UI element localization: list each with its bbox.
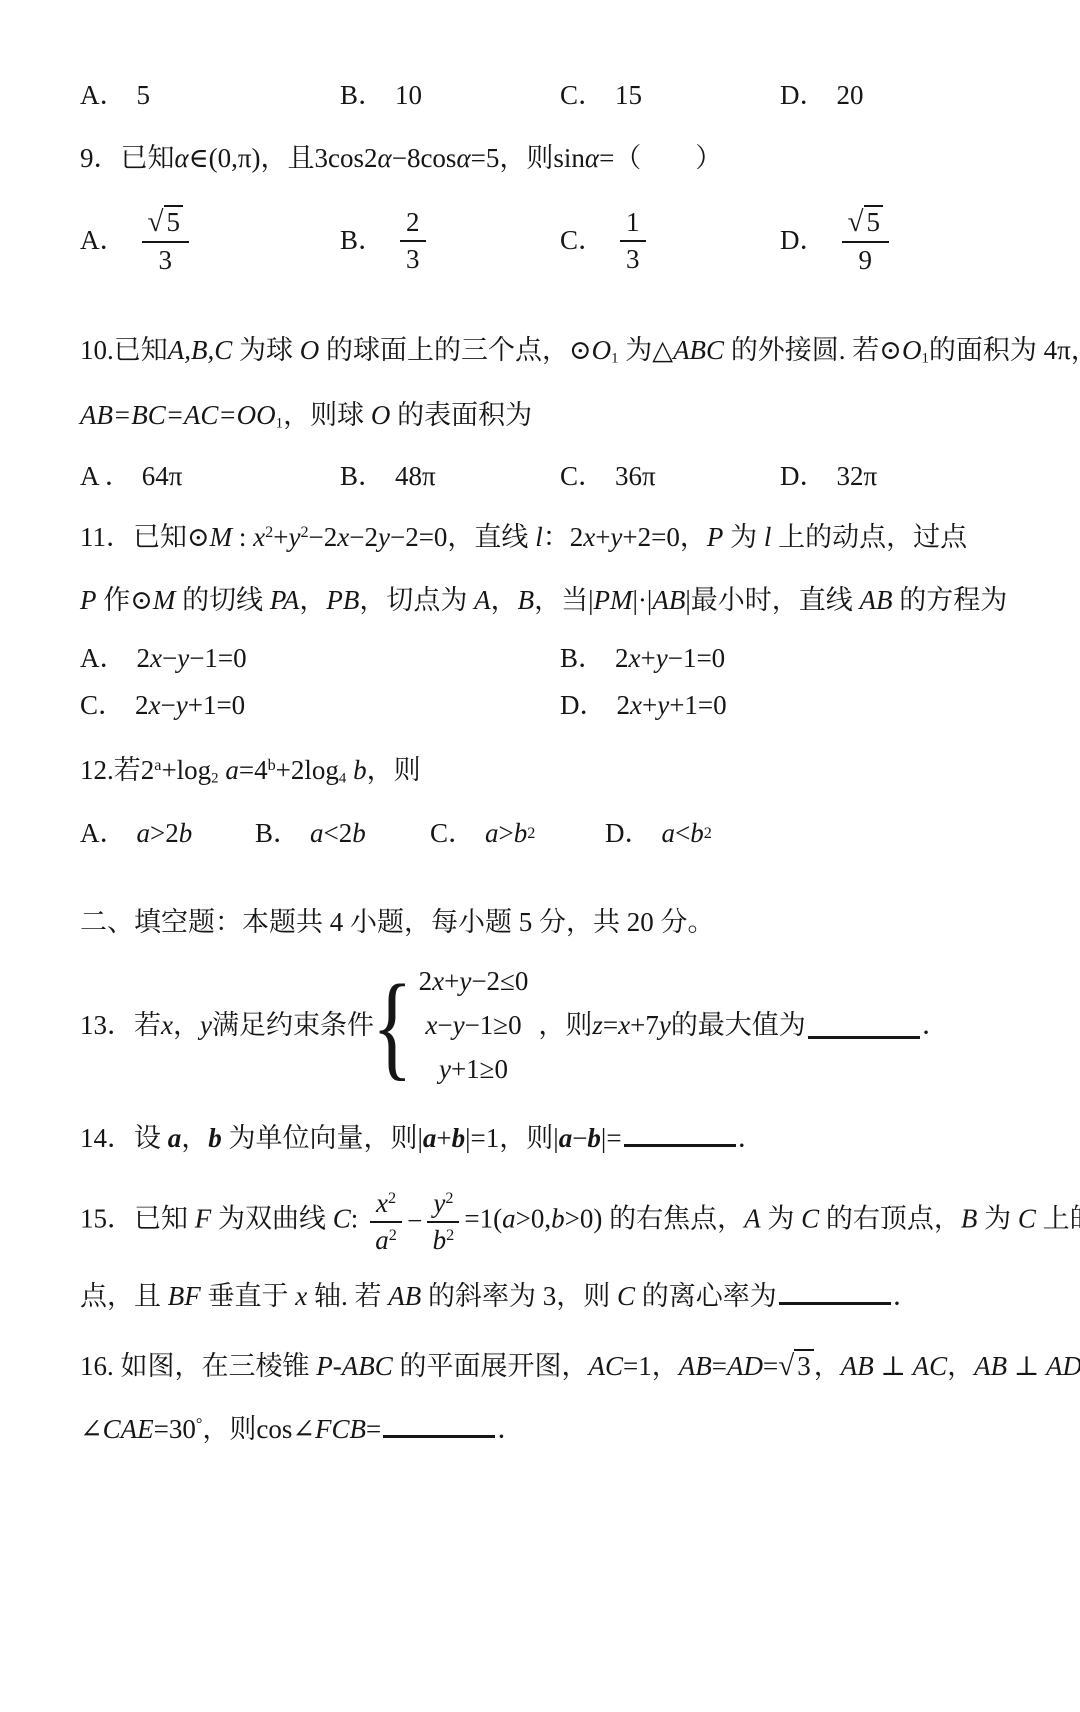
- text-run: <: [324, 816, 339, 851]
- text-run: −2: [349, 522, 378, 552]
- text-run: −: [437, 1010, 452, 1040]
- text-run: ，: [947, 1351, 974, 1381]
- option-D: D．32π: [780, 459, 1016, 494]
- text-run: 9．已知: [80, 143, 175, 173]
- text-run: ，: [814, 1351, 841, 1381]
- option-label: D．: [560, 688, 607, 723]
- sqrt: 5: [848, 206, 884, 239]
- text-run: 上的动点，过点: [771, 522, 967, 552]
- superscript: 2: [445, 1189, 453, 1207]
- option-label: C．: [560, 78, 605, 113]
- text-run: 2: [615, 641, 629, 676]
- text-run: 的斜率为 3，则: [421, 1281, 617, 1311]
- question-11-line-1: 11．已知⊙M : x2+y2−2x−2y−2=0，直线 l：2x+y+2=0，…: [80, 520, 1016, 555]
- math-var: C: [333, 1204, 351, 1234]
- text-run: 为球: [232, 335, 300, 365]
- option-A: A ．64π: [80, 459, 340, 494]
- math-var: x: [630, 688, 642, 723]
- exam-page: A．5 B．10 C．15 D．20 9．已知α∈(0,π)，且3cos2α−8…: [0, 0, 1080, 1447]
- math-var: α: [585, 143, 599, 173]
- denominator: 3: [400, 242, 426, 274]
- text-run: 点，且: [80, 1281, 168, 1311]
- option-C: C．a>b2: [430, 816, 605, 851]
- option-label: D．: [780, 223, 827, 258]
- math-var: O: [592, 335, 612, 365]
- math-var: b: [353, 755, 367, 785]
- math-var: C: [617, 1281, 635, 1311]
- answer-blank: [383, 1412, 495, 1438]
- math-var: M: [210, 522, 233, 552]
- option-value: 15: [615, 78, 642, 113]
- text-run: 作⊙: [97, 585, 153, 615]
- text-run: :: [351, 1204, 365, 1234]
- option-label: A．: [80, 223, 127, 258]
- text-run: 2: [339, 816, 353, 851]
- text-run: 的离心率为: [635, 1281, 777, 1311]
- math-vector: a: [559, 1123, 573, 1153]
- text-run: +: [436, 1123, 451, 1153]
- constraint-system: 2x+y−2≤0 x−y−1≥0 y+1≥0: [415, 964, 539, 1087]
- text-run: >0): [565, 1204, 603, 1234]
- text-run: 满足约束条件: [212, 1008, 374, 1043]
- text-run: 为: [723, 522, 764, 552]
- math-var: ABC: [673, 335, 724, 365]
- math-var: y: [433, 1188, 445, 1218]
- superscript: b: [268, 756, 276, 774]
- option-D: D． 59: [780, 206, 1016, 275]
- question-9: 9．已知α∈(0,π)，且3cos2α−8cosα=5，则sinα=（ ）: [80, 141, 1016, 176]
- option-value: 36π: [615, 459, 656, 494]
- text-run: =30: [154, 1414, 196, 1444]
- text-run: −2≤0: [471, 966, 528, 996]
- math-var: x: [149, 688, 161, 723]
- text-run: −8cos: [392, 143, 457, 173]
- math-var: x: [150, 641, 162, 676]
- option-label: A ．: [80, 459, 132, 494]
- denominator: 9: [842, 243, 890, 275]
- math-var: α: [175, 143, 189, 173]
- option-value: 64π: [142, 459, 183, 494]
- text-run: |=1，则|: [465, 1123, 559, 1153]
- question-16-line-2: ∠CAE=30°，则cos∠FCB=．: [80, 1412, 1016, 1447]
- math-var: a: [662, 816, 676, 851]
- math-var: y: [288, 522, 300, 552]
- math-var: y: [657, 688, 669, 723]
- radicand: 5: [864, 205, 884, 237]
- text-run: −1=0: [668, 641, 725, 676]
- radicand: 5: [164, 205, 184, 237]
- option-value: 32π: [837, 459, 878, 494]
- math-vector: b: [587, 1123, 601, 1153]
- option-label: B．: [560, 641, 605, 676]
- math-var: x: [618, 1008, 630, 1043]
- math-var: AB=BC=AC=OO: [80, 400, 276, 430]
- denominator: 3: [142, 243, 190, 275]
- text-run: 2: [135, 688, 149, 723]
- text-run: +: [273, 522, 288, 552]
- text-run: ．: [893, 1281, 920, 1311]
- text-run: 上的: [1036, 1204, 1080, 1234]
- text-run: =4: [239, 755, 268, 785]
- text-run: +7: [630, 1008, 659, 1043]
- option-B: B．2x+y−1=0: [560, 641, 1016, 676]
- text-run: +2log: [276, 755, 339, 785]
- option-A: A．2x−y−1=0: [80, 641, 560, 676]
- superscript: 2: [389, 1226, 397, 1244]
- math-var: a: [310, 816, 324, 851]
- sqrt: 3: [778, 1348, 814, 1386]
- superscript: 2: [265, 523, 273, 541]
- text-run: >0,: [516, 1204, 551, 1234]
- fraction: 53: [142, 206, 190, 275]
- math-vector: b: [208, 1123, 222, 1153]
- section-2-header: 二、填空题：本题共 4 小题，每小题 5 分，共 20 分。: [80, 905, 1016, 940]
- text-run: 12.若2: [80, 755, 154, 785]
- text-run: >: [150, 816, 165, 851]
- option-A: A．a>2b: [80, 816, 255, 851]
- option-value: 48π: [395, 459, 436, 494]
- numerator: 2: [400, 207, 426, 241]
- text-run: ⊥: [1007, 1351, 1046, 1381]
- math-vector: a: [168, 1123, 182, 1153]
- text-run: ，则: [538, 1008, 592, 1043]
- option-B: B．48π: [340, 459, 560, 494]
- option-value: 20: [837, 78, 864, 113]
- text-run: 为单位向量，则|: [222, 1123, 423, 1153]
- math-var: PA: [270, 585, 300, 615]
- option-label: B．: [340, 459, 385, 494]
- radicand: 3: [794, 1349, 814, 1381]
- math-var: O: [300, 335, 320, 365]
- question-13: 13．若 x，y 满足约束条件 2x+y−2≤0 x−y−1≥0 y+1≥0 ，…: [80, 964, 1016, 1087]
- math-var: y: [378, 522, 390, 552]
- math-var: C: [1018, 1204, 1036, 1234]
- superscript: 2: [388, 1189, 396, 1207]
- text-run: 为: [977, 1204, 1018, 1234]
- option-value: 10: [395, 78, 422, 113]
- text-run: =: [763, 1351, 778, 1381]
- math-var: b: [551, 1204, 565, 1234]
- math-var: F: [195, 1204, 212, 1234]
- sqrt: 5: [148, 206, 184, 239]
- option-label: B．: [340, 223, 385, 258]
- subscript: 1: [921, 351, 928, 367]
- question-15-line-1: 15．已知 F 为双曲线 C: x2a2−y2b2=1(a>0,b>0) 的右焦…: [80, 1188, 1016, 1254]
- math-var: a: [225, 755, 239, 785]
- text-run: 2: [137, 641, 151, 676]
- text-run: −: [161, 688, 176, 723]
- text-run: +1≥0: [451, 1054, 508, 1084]
- text-run: 的球面上的三个点，⊙: [319, 335, 591, 365]
- math-var: x: [432, 966, 444, 996]
- text-run: ，则cos∠: [202, 1414, 315, 1444]
- math-var: b: [690, 816, 704, 851]
- math-var: x: [376, 1188, 388, 1218]
- question-16-line-1: 16. 如图，在三棱锥 P-ABC 的平面展开图，AC=1，AB=AD=3，AB…: [80, 1348, 1016, 1386]
- text-run: ：2: [543, 522, 584, 552]
- option-A: A． 53: [80, 206, 340, 275]
- text-run: 的平面展开图，: [393, 1351, 589, 1381]
- math-var: B: [961, 1204, 978, 1234]
- question-11-line-2: P 作⊙M 的切线 PA，PB，切点为 A，B，当|PM|·|AB|最小时，直线…: [80, 583, 1016, 618]
- text-run: =1(: [464, 1204, 502, 1234]
- math-var: a: [137, 816, 151, 851]
- option-C: C．15: [560, 78, 780, 113]
- math-var: x: [425, 1010, 437, 1040]
- text-run: +: [444, 966, 459, 996]
- math-var: y: [177, 641, 189, 676]
- subscript: 1: [276, 416, 283, 432]
- question-11-options-row-1: A．2x−y−1=0 B．2x+y−1=0: [80, 641, 1016, 676]
- text-run: 的外接圆. 若⊙: [724, 335, 902, 365]
- question-12: 12.若2a+log2 a=4b+2log4 b，则: [80, 753, 1016, 788]
- text-run: ，切点为: [359, 585, 474, 615]
- math-var: y: [439, 1054, 451, 1084]
- text-run: +1=0: [188, 688, 245, 723]
- math-var: α: [456, 143, 470, 173]
- question-8-options: A．5 B．10 C．15 D．20: [80, 78, 1016, 113]
- text-run: ．: [738, 1123, 765, 1153]
- math-var: P-ABC: [316, 1351, 392, 1381]
- math-var: b: [179, 816, 193, 851]
- text-run: −: [572, 1123, 587, 1153]
- text-run: ，: [491, 585, 518, 615]
- option-label: C．: [560, 223, 605, 258]
- math-var: x: [629, 641, 641, 676]
- option-label: C．: [560, 459, 605, 494]
- fraction: 23: [400, 207, 426, 273]
- math-var: AB: [860, 585, 893, 615]
- math-var: y: [459, 966, 471, 996]
- text-run: ，: [173, 1008, 200, 1043]
- text-run: 轴. 若: [307, 1281, 388, 1311]
- math-var: x: [161, 1008, 173, 1043]
- text-run: =（ ）: [599, 143, 722, 173]
- denominator: 3: [620, 242, 646, 274]
- text-run: >: [499, 816, 514, 851]
- text-run: 2: [165, 816, 179, 851]
- subscript: 4: [339, 770, 346, 786]
- math-var: CAE: [103, 1414, 154, 1444]
- text-run: −2: [309, 522, 338, 552]
- math-var: AB: [974, 1351, 1007, 1381]
- text-run: ，: [181, 1123, 208, 1153]
- math-var: x: [583, 522, 595, 552]
- math-var: y: [656, 641, 668, 676]
- text-run: ，当|: [534, 585, 593, 615]
- constraint-1: 2x+y−2≤0: [419, 964, 529, 999]
- text-run: 的表面积为: [390, 400, 532, 430]
- text-run: 的右焦点，: [602, 1204, 744, 1234]
- question-9-options: A． 53 B． 23 C． 13 D． 59: [80, 206, 1016, 275]
- option-label: D．: [780, 459, 827, 494]
- question-10-line-2: AB=BC=AC=OO1，则球 O 的表面积为: [80, 398, 1016, 433]
- superscript: 2: [446, 1226, 454, 1244]
- option-C: C．2x−y+1=0: [80, 688, 560, 723]
- constraint-2: x−y−1≥0: [425, 1008, 521, 1043]
- text-run: +1=0: [669, 688, 726, 723]
- text-run: 的面积为 4π，: [929, 335, 1080, 365]
- math-var: AB: [841, 1351, 874, 1381]
- math-var: A: [474, 585, 491, 615]
- question-10-line-1: 10.已知A,B,C 为球 O 的球面上的三个点，⊙O1 为△ABC 的外接圆.…: [80, 333, 1016, 368]
- text-run: |最小时，直线: [685, 585, 859, 615]
- text-run: 为双曲线: [211, 1204, 333, 1234]
- math-var: a: [485, 816, 499, 851]
- option-label: C．: [430, 816, 475, 851]
- math-vector: a: [423, 1123, 437, 1153]
- answer-blank: [808, 1013, 920, 1039]
- math-var: P: [707, 522, 724, 552]
- math-var: y: [659, 1008, 671, 1043]
- text-run: |=: [601, 1123, 622, 1153]
- math-var: b: [433, 1225, 447, 1255]
- question-14: 14．设 a，b 为单位向量，则|a+b|=1，则|a−b|=．: [80, 1121, 1016, 1156]
- option-B: B． 23: [340, 206, 560, 275]
- math-var: z: [592, 1008, 603, 1043]
- math-var: y: [610, 522, 622, 552]
- math-var: C: [801, 1204, 819, 1234]
- math-var: FCB: [315, 1414, 366, 1444]
- text-run: 为△: [619, 335, 674, 365]
- text-run: :: [232, 522, 253, 552]
- subscript: 1: [611, 351, 618, 367]
- option-label: C．: [80, 688, 125, 723]
- superscript: 2: [300, 523, 308, 541]
- math-var: y: [176, 688, 188, 723]
- text-run: ⊥: [874, 1351, 913, 1381]
- math-var: x: [337, 522, 349, 552]
- text-run: <: [675, 816, 690, 851]
- text-run: =: [712, 1351, 727, 1381]
- math-var: a: [375, 1225, 389, 1255]
- text-run: 的切线: [175, 585, 270, 615]
- option-A: A．5: [80, 78, 340, 113]
- text-run: +2=0，: [622, 522, 706, 552]
- math-var: b: [352, 816, 366, 851]
- text-run: 13．若: [80, 1008, 161, 1043]
- option-label: B．: [255, 816, 300, 851]
- text-run: =: [603, 1008, 618, 1043]
- system-brace: [372, 973, 413, 1079]
- option-label: A．: [80, 641, 127, 676]
- math-var: x: [253, 522, 265, 552]
- fraction: x2a2: [370, 1188, 402, 1254]
- option-label: D．: [605, 816, 652, 851]
- fraction: 13: [620, 207, 646, 273]
- math-var: PB: [326, 585, 359, 615]
- math-var: y: [453, 1010, 465, 1040]
- option-label: A．: [80, 816, 127, 851]
- text-run: 2: [419, 966, 433, 996]
- text-run: =: [366, 1414, 381, 1444]
- math-var: α: [378, 143, 392, 173]
- text-run: 的右顶点，: [819, 1204, 961, 1234]
- text-run: =5，则sin: [471, 143, 585, 173]
- math-var: AC: [588, 1351, 623, 1381]
- math-var: x: [295, 1281, 307, 1311]
- text-run: −1=0: [189, 641, 246, 676]
- math-var: B: [518, 585, 535, 615]
- text-run: +: [595, 522, 610, 552]
- text-run: +: [641, 641, 656, 676]
- question-11-options-row-2: C．2x−y+1=0 D．2x+y+1=0: [80, 688, 1016, 723]
- text-run: =1，: [623, 1351, 679, 1381]
- text-run: |·|: [633, 585, 653, 615]
- text-run: 垂直于: [201, 1281, 296, 1311]
- answer-blank: [779, 1279, 891, 1305]
- question-12-options: A．a>2b B．a<2b C．a>b2 D．a<b2: [80, 816, 1016, 851]
- math-var: a: [502, 1204, 516, 1234]
- text-run: −1≥0: [465, 1010, 522, 1040]
- option-label: B．: [340, 78, 385, 113]
- math-var: PM: [594, 585, 633, 615]
- option-D: D．a<b2: [605, 816, 1016, 851]
- text-run: ．: [922, 1008, 949, 1043]
- text-run: +: [642, 688, 657, 723]
- math-var: O: [902, 335, 922, 365]
- math-vector: b: [452, 1123, 466, 1153]
- text-run: +log: [161, 755, 211, 785]
- option-label: D．: [780, 78, 827, 113]
- text-run: ∈(0,π)，且3cos2: [189, 143, 378, 173]
- math-var: AB: [652, 585, 685, 615]
- question-10-options: A ．64π B．48π C．36π D．32π: [80, 459, 1016, 494]
- option-C: C． 13: [560, 206, 780, 275]
- text-run: ，则球: [283, 400, 371, 430]
- text-run: −: [162, 641, 177, 676]
- numerator: 1: [620, 207, 646, 241]
- math-var: y: [200, 1008, 212, 1043]
- fraction: 59: [842, 206, 890, 275]
- text-run: 2: [617, 688, 631, 723]
- math-var: AB: [388, 1281, 421, 1311]
- constraint-3: y+1≥0: [439, 1052, 508, 1087]
- question-15-line-2: 点，且 BF 垂直于 x 轴. 若 AB 的斜率为 3，则 C 的离心率为．: [80, 1279, 1016, 1314]
- text-run: ，则: [367, 755, 421, 785]
- math-var: AD: [727, 1351, 763, 1381]
- text-run: 为: [761, 1204, 802, 1234]
- fraction: y2b2: [427, 1188, 459, 1254]
- text-run: 的方程为: [893, 585, 1008, 615]
- section-title: 二、填空题：本题共 4 小题，每小题 5 分，共 20 分。: [80, 907, 715, 937]
- math-var: AC: [913, 1351, 948, 1381]
- option-C: C．36π: [560, 459, 780, 494]
- text-run: 10.已知: [80, 335, 168, 365]
- text-run: ∠: [80, 1414, 103, 1444]
- option-D: D．20: [780, 78, 1016, 113]
- math-var: b: [514, 816, 528, 851]
- option-D: D．2x+y+1=0: [560, 688, 1016, 723]
- answer-blank: [624, 1121, 736, 1147]
- text-run: ．: [497, 1414, 524, 1444]
- option-B: B．a<2b: [255, 816, 430, 851]
- text-run: 15．已知: [80, 1204, 195, 1234]
- option-value: 5: [137, 78, 151, 113]
- math-var: P: [80, 585, 97, 615]
- text-run: 11．已知⊙: [80, 522, 210, 552]
- math-var: AD: [1046, 1351, 1080, 1381]
- text-run: 16. 如图，在三棱锥: [80, 1351, 316, 1381]
- math-var: M: [153, 585, 176, 615]
- math-var: l: [535, 522, 543, 552]
- text-run: 的最大值为: [671, 1008, 806, 1043]
- math-var: AB: [679, 1351, 712, 1381]
- option-label: A．: [80, 78, 127, 113]
- math-var: A: [744, 1204, 761, 1234]
- math-var: O: [371, 400, 391, 430]
- text-run: ，: [299, 585, 326, 615]
